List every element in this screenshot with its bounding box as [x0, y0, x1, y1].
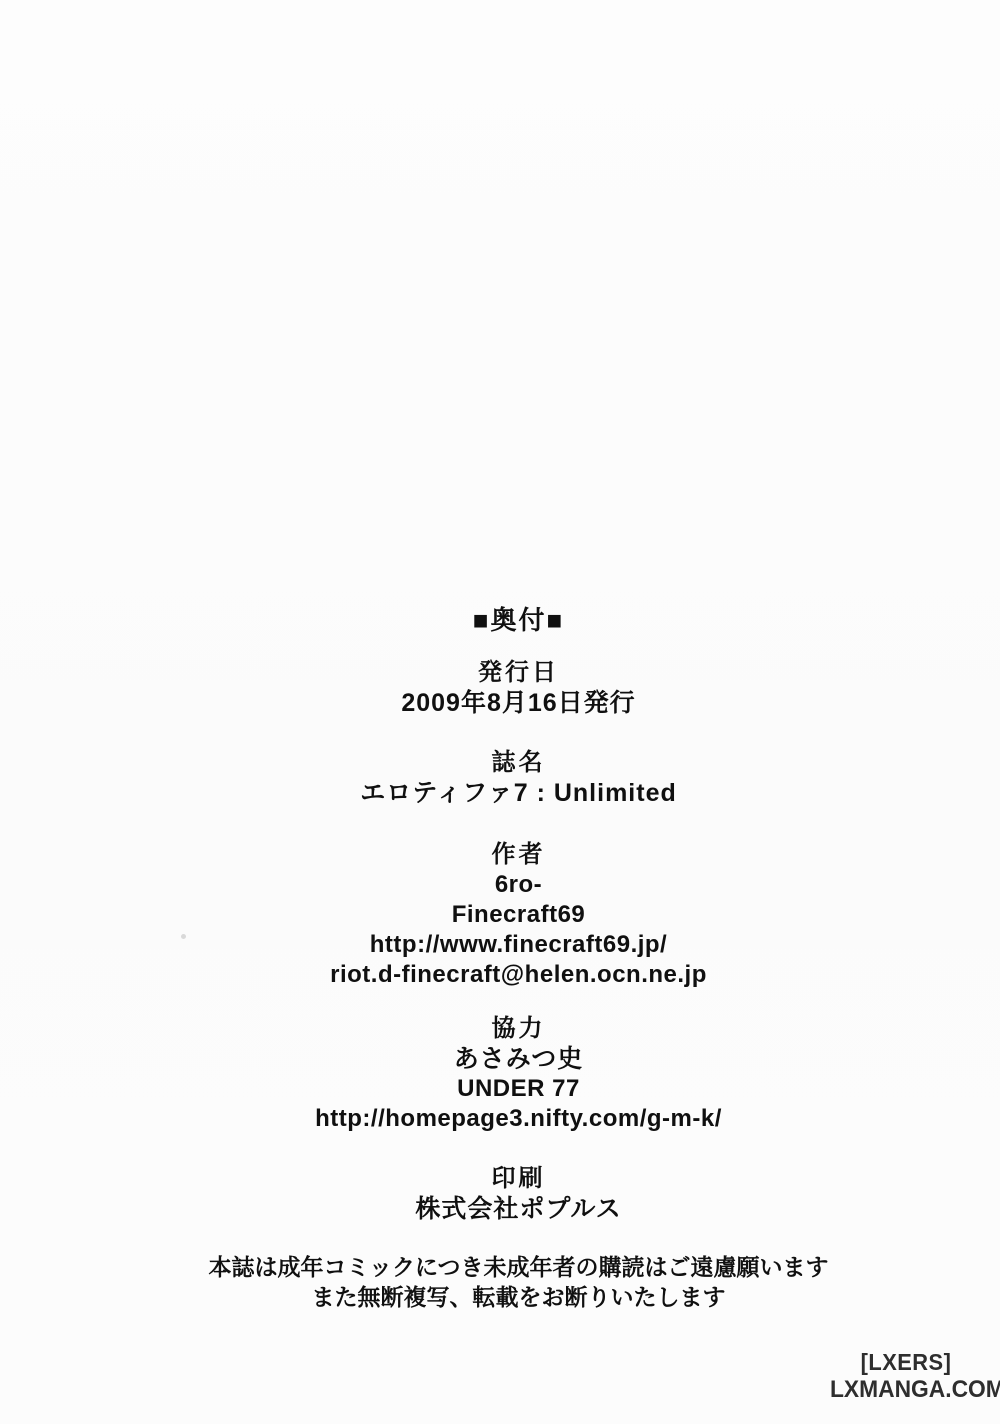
publication-date-heading: 発行日 [37, 658, 1000, 688]
cooperation-heading: 協力 [37, 1014, 1000, 1044]
printing-company: 株式会社ポプルス [37, 1194, 1000, 1224]
title-name-value: エロティファ7 : Unlimited [37, 778, 1000, 808]
author-circle-name: Finecraft69 [37, 900, 1000, 930]
author-heading: 作者 [37, 840, 1000, 870]
scan-speck [181, 934, 186, 939]
notice-line-adult: 本誌は成年コミックにつき未成年者の購読はご遠慮願います [37, 1252, 1000, 1282]
printing-heading: 印刷 [37, 1164, 1000, 1194]
watermark-group-name: [LXERS] [830, 1348, 982, 1376]
author-email: riot.d-finecraft@helen.ocn.ne.jp [37, 960, 1000, 990]
section-printing: 印刷 株式会社ポプルス [37, 1164, 1000, 1224]
cooperation-name: あさみつ史 [37, 1044, 1000, 1074]
cooperation-circle-name: UNDER 77 [37, 1074, 1000, 1104]
colophon-page: ■奥付■ 発行日 2009年8月16日発行 誌名 エロティファ7 : Unlim… [0, 0, 1000, 1424]
section-author: 作者 6ro- Finecraft69 http://www.finecraft… [37, 840, 1000, 990]
cooperation-website-url: http://homepage3.nifty.com/g-m-k/ [37, 1104, 1000, 1134]
author-name: 6ro- [37, 870, 1000, 900]
title-name-heading: 誌名 [37, 748, 1000, 778]
watermark: [LXERS] LXMANGA.COM [830, 1348, 982, 1403]
notice-line-copyright: また無断複写、転載をお断りいたします [37, 1282, 1000, 1312]
adult-content-notice: 本誌は成年コミックにつき未成年者の購読はご遠慮願います また無断複写、転載をお断… [37, 1252, 1000, 1312]
colophon-title: ■奥付■ [37, 604, 1000, 636]
section-title-name: 誌名 エロティファ7 : Unlimited [37, 748, 1000, 808]
section-cooperation: 協力 あさみつ史 UNDER 77 http://homepage3.nifty… [37, 1014, 1000, 1134]
watermark-site-name: LXMANGA.COM [830, 1376, 982, 1403]
section-publication-date: 発行日 2009年8月16日発行 [37, 658, 1000, 718]
publication-date-value: 2009年8月16日発行 [37, 688, 1000, 718]
colophon-content: ■奥付■ 発行日 2009年8月16日発行 誌名 エロティファ7 : Unlim… [0, 604, 1000, 1312]
